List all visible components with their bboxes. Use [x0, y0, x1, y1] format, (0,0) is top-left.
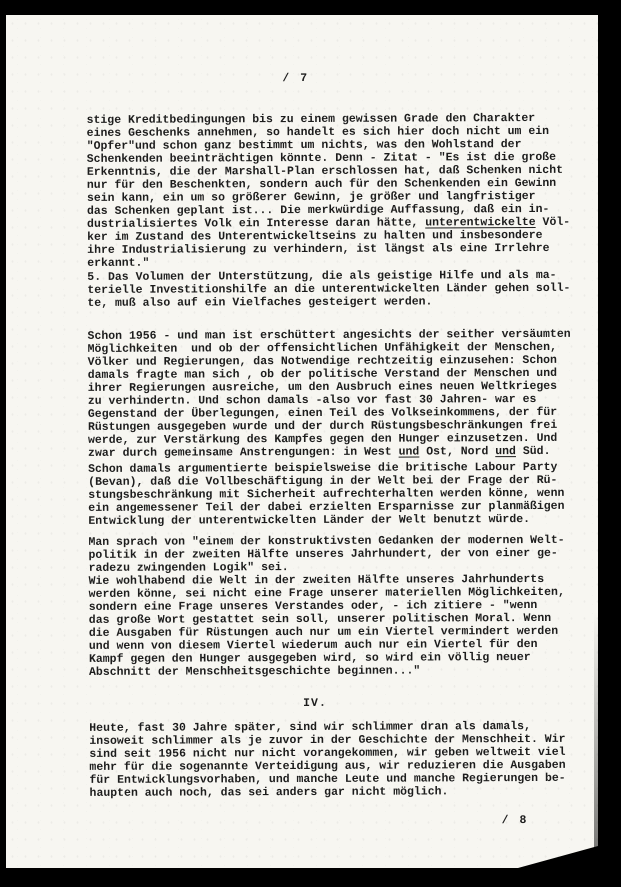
underlined-word-und-2: und: [495, 445, 516, 458]
paragraph-2: 5. Das Volumen der Unterstützung, die al…: [87, 269, 570, 310]
paragraph-4: Schon damals argumentierte beispielsweis…: [88, 461, 564, 528]
underlined-word-und-1: und: [399, 445, 420, 458]
paragraph-6: Heute, fast 30 Jahre später, sind wir sc…: [89, 720, 566, 800]
scan-edge-smudge: [594, 15, 598, 868]
paragraph-1: stige Kreditbedingungen bis zu einem gew…: [87, 112, 571, 270]
page-content: / 7 stige Kreditbedingungen bis zu einem…: [6, 15, 598, 868]
section-heading-iv: IV.: [303, 697, 327, 710]
scan-corner-wedge: [518, 846, 598, 868]
paragraph-3-text-end: Süd.: [516, 445, 551, 458]
paragraph-1-text: stige Kreditbedingungen bis zu einem gew…: [87, 112, 563, 231]
underlined-word-unterentwickelte: unterentwickelte: [425, 216, 535, 229]
scan-border-frame: / 7 stige Kreditbedingungen bis zu einem…: [0, 0, 621, 887]
page-number-top: / 7: [282, 72, 309, 85]
page-number-bottom: / 8: [502, 814, 529, 827]
paper: / 7 stige Kreditbedingungen bis zu einem…: [6, 15, 598, 868]
paragraph-5: Man sprach von "einem der konstruktivste…: [88, 534, 565, 679]
paragraph-3: Schon 1956 - und man ist erschüttert ang…: [88, 328, 572, 460]
paragraph-3-text: Schon 1956 - und man ist erschüttert ang…: [88, 328, 571, 460]
paragraph-3-text-mid: Ost, Nord: [419, 445, 495, 458]
